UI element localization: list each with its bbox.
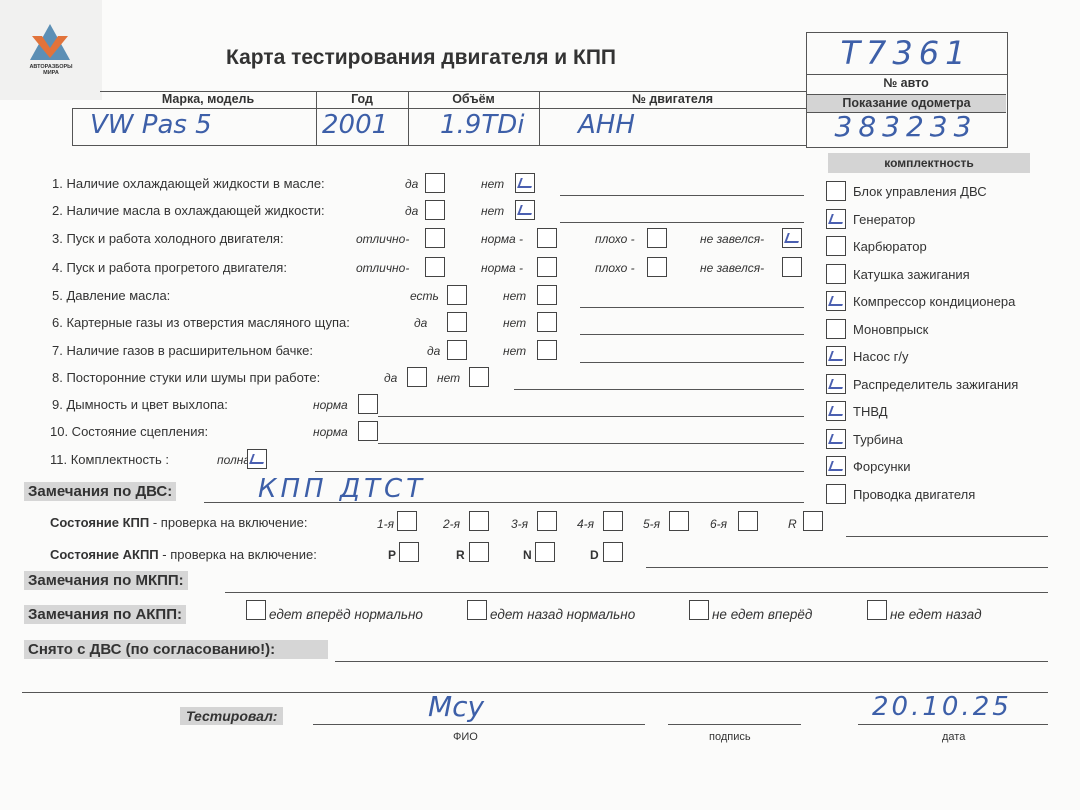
column-header-volume: Объём [408, 92, 539, 106]
checklist-checkbox[interactable] [647, 228, 667, 248]
auto-gear-label: N [523, 548, 532, 562]
auto-gearbox-label-rest: - проверка на включение: [159, 547, 317, 562]
kit-item-label: Насос г/у [853, 349, 908, 364]
kit-checkbox[interactable] [826, 374, 846, 394]
auto-gear-checkbox[interactable] [535, 542, 555, 562]
odometer-value[interactable]: 383233 [806, 110, 1006, 143]
checklist-note-line[interactable] [580, 362, 804, 363]
checklist-checkbox[interactable] [537, 228, 557, 248]
checklist-option-label: норма [313, 398, 348, 412]
checklist-checkbox[interactable] [537, 312, 557, 332]
checklist-item-label: 11. Комплектность : [50, 452, 169, 467]
auto-number-label: № авто [806, 76, 1006, 90]
gear-label: 3-я [511, 517, 528, 531]
auto-gear-label: D [590, 548, 599, 562]
checklist-option-label: отлично- [356, 232, 409, 246]
auto-gear-checkbox[interactable] [603, 542, 623, 562]
auto-remark-label: не едет вперёд [712, 607, 812, 622]
manual-remarks-label: Замечания по МКПП: [24, 571, 188, 590]
removed-line[interactable] [335, 661, 1048, 662]
volume-value[interactable]: 1.9TDi [440, 110, 524, 140]
checklist-checkbox[interactable] [447, 285, 467, 305]
kit-checkbox[interactable] [826, 236, 846, 256]
kit-item-label: Форсунки [853, 459, 910, 474]
signature-line[interactable] [668, 724, 801, 725]
gear-label: 6-я [710, 517, 727, 531]
checklist-checkbox[interactable] [425, 257, 445, 277]
checklist-note-line[interactable] [378, 416, 804, 417]
name-caption: ФИО [453, 731, 478, 743]
checklist-note-line[interactable] [560, 222, 804, 223]
checklist-checkbox[interactable] [537, 257, 557, 277]
checklist-note-line[interactable] [514, 389, 804, 390]
checklist-option-label: норма - [481, 261, 523, 275]
checklist-option-label: плохо - [595, 232, 635, 246]
checklist-option-label: да [405, 177, 418, 191]
checklist-item-label: 8. Посторонние стуки или шумы при работе… [52, 370, 320, 385]
gear-checkbox[interactable] [803, 511, 823, 531]
kit-checkbox[interactable] [826, 264, 846, 284]
logo-text-line2: МИРА [0, 70, 102, 76]
auto-remark-checkbox[interactable] [467, 600, 487, 620]
brand-logo-icon [26, 22, 74, 62]
gearbox-label: Состояние КПП [50, 515, 149, 530]
checklist-option-label: норма [313, 425, 348, 439]
gear-label: 1-я [377, 517, 394, 531]
checklist-option-label: да [427, 344, 440, 358]
column-header-make: Марка, модель [100, 92, 316, 106]
kit-title: комплектность [828, 153, 1030, 173]
date-value[interactable]: 20.10.25 [872, 692, 1012, 722]
checklist-checkbox[interactable] [469, 367, 489, 387]
kit-item-label: Турбина [853, 432, 903, 447]
checklist-checkbox[interactable] [407, 367, 427, 387]
date-caption: дата [942, 731, 965, 743]
checklist-note-line[interactable] [315, 471, 804, 472]
checklist-note-line[interactable] [580, 307, 804, 308]
engine-remarks-value[interactable]: КПП ДТСТ [258, 474, 426, 504]
date-line[interactable] [858, 724, 1048, 725]
kit-checkbox[interactable] [826, 346, 846, 366]
checklist-checkbox[interactable] [537, 340, 557, 360]
kit-item-label: Компрессор кондиционера [853, 294, 1015, 309]
checklist-checkbox[interactable] [247, 449, 267, 469]
gear-checkbox[interactable] [537, 511, 557, 531]
checklist-item-label: 4. Пуск и работа прогретого двигателя: [52, 260, 287, 275]
auto-remark-label: едет назад нормально [490, 607, 635, 622]
kit-checkbox[interactable] [826, 456, 846, 476]
kit-checkbox[interactable] [826, 181, 846, 201]
checklist-item-label: 2. Наличие масла в охлаждающей жидкости: [52, 203, 325, 218]
gear-label: 4-я [577, 517, 594, 531]
checklist-item-label: 10. Состояние сцепления: [50, 424, 208, 439]
checklist-option-label: нет [503, 344, 526, 358]
auto-gear-checkbox[interactable] [399, 542, 419, 562]
checklist-checkbox[interactable] [447, 312, 467, 332]
manual-remarks-line[interactable] [225, 592, 1048, 593]
engine-number-value[interactable]: AHH [578, 110, 635, 140]
gear-label: R [788, 517, 797, 531]
checklist-option-label: да [384, 371, 397, 385]
kit-item-label: Распределитель зажигания [853, 377, 1018, 392]
checklist-option-label: нет [481, 204, 504, 218]
checklist-checkbox[interactable] [515, 173, 535, 193]
kit-item-label: Проводка двигателя [853, 487, 975, 502]
checklist-item-label: 3. Пуск и работа холодного двигателя: [52, 231, 284, 246]
gear-label: 5-я [643, 517, 660, 531]
checklist-checkbox[interactable] [358, 421, 378, 441]
checklist-item-label: 5. Давление масла: [52, 288, 170, 303]
kit-item-label: Карбюратор [853, 239, 927, 254]
engine-remarks-label: Замечания по ДВС: [24, 482, 176, 501]
kit-item-label: Генератор [853, 212, 915, 227]
checklist-checkbox[interactable] [782, 257, 802, 277]
auto-gearbox-label: Состояние АКПП [50, 547, 159, 562]
make-model-value[interactable]: VW Pas 5 [90, 110, 212, 140]
kit-item-label: Блок управления ДВС [853, 184, 987, 199]
checklist-option-label: нет [503, 289, 526, 303]
column-header-engine-number: № двигателя [539, 92, 806, 106]
checklist-note-line[interactable] [560, 195, 804, 196]
kit-checkbox[interactable] [826, 484, 846, 504]
checklist-option-label: не завелся- [700, 261, 764, 275]
checklist-option-label: есть [410, 289, 439, 303]
gear-checkbox[interactable] [603, 511, 623, 531]
removed-label: Снято с ДВС (по согласованию!): [24, 640, 328, 659]
checklist-checkbox[interactable] [425, 173, 445, 193]
kit-checkbox[interactable] [826, 401, 846, 421]
checklist-option-label: да [405, 204, 418, 218]
year-value[interactable]: 2001 [322, 110, 388, 140]
logo-panel: АВТОРАЗБОРЫ МИРА [0, 0, 102, 100]
auto-gear-label: P [388, 548, 396, 562]
kit-item-label: Моновпрыск [853, 322, 928, 337]
auto-remark-checkbox[interactable] [867, 600, 887, 620]
checklist-item-label: 9. Дымность и цвет выхлопа: [52, 397, 228, 412]
checklist-checkbox[interactable] [515, 200, 535, 220]
tester-name-value[interactable]: Мсу [428, 690, 484, 723]
checklist-option-label: нет [503, 316, 526, 330]
auto-gear-label: R [456, 548, 465, 562]
checklist-checkbox[interactable] [537, 285, 557, 305]
checklist-note-line[interactable] [378, 443, 804, 444]
auto-gear-checkbox[interactable] [469, 542, 489, 562]
name-line[interactable] [313, 724, 645, 725]
checklist-option-label: нет [481, 177, 504, 191]
gear-label: 2-я [443, 517, 460, 531]
checklist-checkbox[interactable] [358, 394, 378, 414]
checklist-checkbox[interactable] [425, 200, 445, 220]
gear-checkbox[interactable] [669, 511, 689, 531]
checklist-item-label: 6. Картерные газы из отверстия масляного… [52, 315, 350, 330]
checklist-checkbox[interactable] [447, 340, 467, 360]
checklist-option-label: плохо - [595, 261, 635, 275]
checklist-option-label: нет [437, 371, 460, 385]
auto-remark-label: не едет назад [890, 607, 982, 622]
kit-item-label: ТНВД [853, 404, 888, 419]
gearbox-label-rest: - проверка на включение: [149, 515, 307, 530]
checklist-checkbox[interactable] [425, 228, 445, 248]
gear-checkbox[interactable] [397, 511, 417, 531]
column-header-year: Год [316, 92, 408, 106]
signature-caption: подпись [709, 731, 751, 743]
kit-checkbox[interactable] [826, 209, 846, 229]
checklist-item-label: 1. Наличие охлаждающей жидкости в масле: [52, 176, 325, 191]
form-title: Карта тестирования двигателя и КПП [226, 46, 616, 70]
checklist-checkbox[interactable] [647, 257, 667, 277]
auto-remark-label: едет вперёд нормально [269, 607, 423, 622]
auto-remarks-label: Замечания по АКПП: [24, 605, 186, 624]
gear-checkbox[interactable] [738, 511, 758, 531]
auto-remark-checkbox[interactable] [246, 600, 266, 620]
gear-checkbox[interactable] [469, 511, 489, 531]
kit-item-label: Катушка зажигания [853, 267, 970, 282]
auto-remark-checkbox[interactable] [689, 600, 709, 620]
kit-checkbox[interactable] [826, 319, 846, 339]
tested-by-label: Тестировал: [180, 707, 283, 725]
checklist-option-label: норма - [481, 232, 523, 246]
kit-checkbox[interactable] [826, 429, 846, 449]
auto-number-value[interactable]: Т7361 [806, 34, 1006, 72]
checklist-option-label: не завелся- [700, 232, 764, 246]
checklist-note-line[interactable] [580, 334, 804, 335]
checklist-option-label: да [414, 316, 427, 330]
kit-checkbox[interactable] [826, 291, 846, 311]
checklist-option-label: отлично- [356, 261, 409, 275]
checklist-item-label: 7. Наличие газов в расширительном бачке: [52, 343, 313, 358]
checklist-checkbox[interactable] [782, 228, 802, 248]
